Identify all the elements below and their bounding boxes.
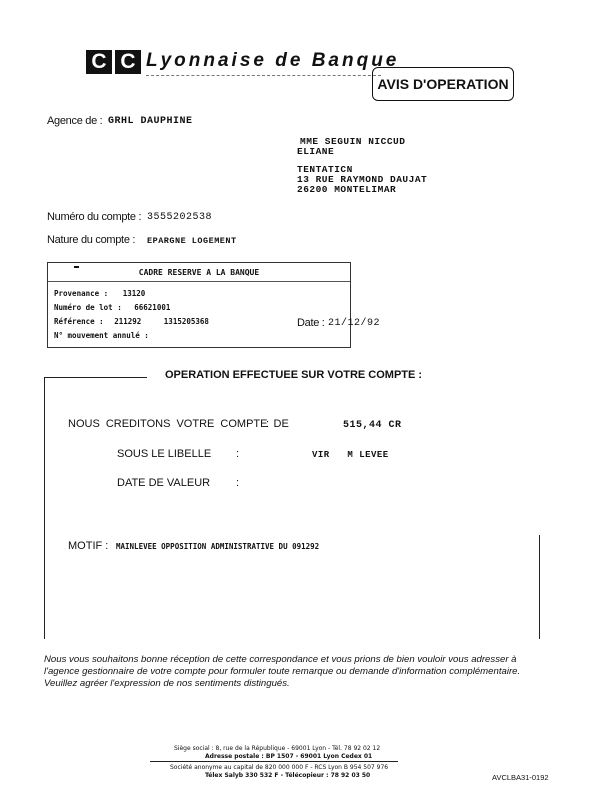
reference-value-2: 1315205368 <box>164 317 209 326</box>
reference-row: Référence : 211292 1315205368 <box>54 317 209 326</box>
footer-divider <box>150 761 398 762</box>
account-number-value: 3555202538 <box>147 212 212 223</box>
operation-frame-top <box>44 377 147 378</box>
closing-paragraph: Nous vous souhaitons bonne réception de … <box>44 654 522 690</box>
form-code: AVCLBA31-0192 <box>492 773 549 782</box>
account-type-value: EPARGNE LOGEMENT <box>147 236 237 246</box>
recipient-line: ELIANE <box>297 147 427 157</box>
provenance-value: 13120 <box>123 289 146 298</box>
bank-reserved-frame: CADRE RESERVE A LA BANQUE Provenance : 1… <box>47 262 351 348</box>
date-value: 21/12/92 <box>328 318 380 329</box>
valeur-label: DATE DE VALEUR <box>117 477 210 489</box>
operation-frame-right <box>539 535 540 639</box>
credit-amount: 515,44 CR <box>343 420 402 431</box>
account-type-label: Nature du compte : <box>47 234 135 246</box>
lot-row: Numéro de lot : 66621001 <box>54 303 170 312</box>
libelle-value: VIR M LEVEE <box>312 450 389 460</box>
date-label: Date : <box>297 317 325 329</box>
account-number-label: Numéro du compte : <box>47 211 141 223</box>
lot-value: 66621001 <box>134 303 170 312</box>
footer-telex: Télex Salyb 330 532 F - Télécopieur : 78… <box>205 772 370 779</box>
brand-underline <box>146 75 381 76</box>
reference-value-1: 211292 <box>114 317 141 326</box>
valeur-colon: : <box>236 477 239 489</box>
credit-colon: : <box>266 418 269 430</box>
reference-label: Référence : <box>54 317 104 326</box>
provenance-row: Provenance : 13120 <box>54 289 145 298</box>
recipient-address: MME SEGUIN NICCUD ELIANE TENTATICN 13 RU… <box>297 137 427 195</box>
mouvement-label: N° mouvement annulé : <box>54 331 149 340</box>
motif-label: MOTIF : <box>68 540 108 552</box>
libelle-label: SOUS LE LIBELLE <box>117 448 211 460</box>
document-type-badge: AVIS D'OPERATION <box>372 67 514 101</box>
bank-name: Lyonnaise de Banque <box>146 50 399 72</box>
operation-title: OPERATION EFFECTUEE SUR VOTRE COMPTE : <box>165 369 422 381</box>
mouvement-row: N° mouvement annulé : <box>54 331 149 340</box>
libelle-colon: : <box>236 448 239 460</box>
bank-reserved-title: CADRE RESERVE A LA BANQUE <box>48 263 350 282</box>
agence-label: Agence de : <box>47 115 102 127</box>
logo-letter-c1: C <box>86 50 112 74</box>
footer-company: Société anonyme au capital de 820 000 00… <box>170 764 388 771</box>
agence-value: GRHL DAUPHINE <box>108 116 193 127</box>
logo-letter-c2: C <box>115 50 141 74</box>
credit-label: NOUS CREDITONS VOTRE COMPTE DE <box>68 418 289 430</box>
motif-value: MAINLEVEE OPPOSITION ADMINISTRATIVE DU 0… <box>116 542 319 551</box>
lot-label: Numéro de lot : <box>54 303 122 312</box>
recipient-line: 26200 MONTELIMAR <box>297 185 427 195</box>
footer-address: Siège social : 8, rue de la République -… <box>174 745 380 752</box>
provenance-label: Provenance : <box>54 289 108 298</box>
footer-postal: Adresse postale : BP 1507 - 69001 Lyon C… <box>205 753 372 760</box>
operation-frame-left <box>44 377 45 639</box>
